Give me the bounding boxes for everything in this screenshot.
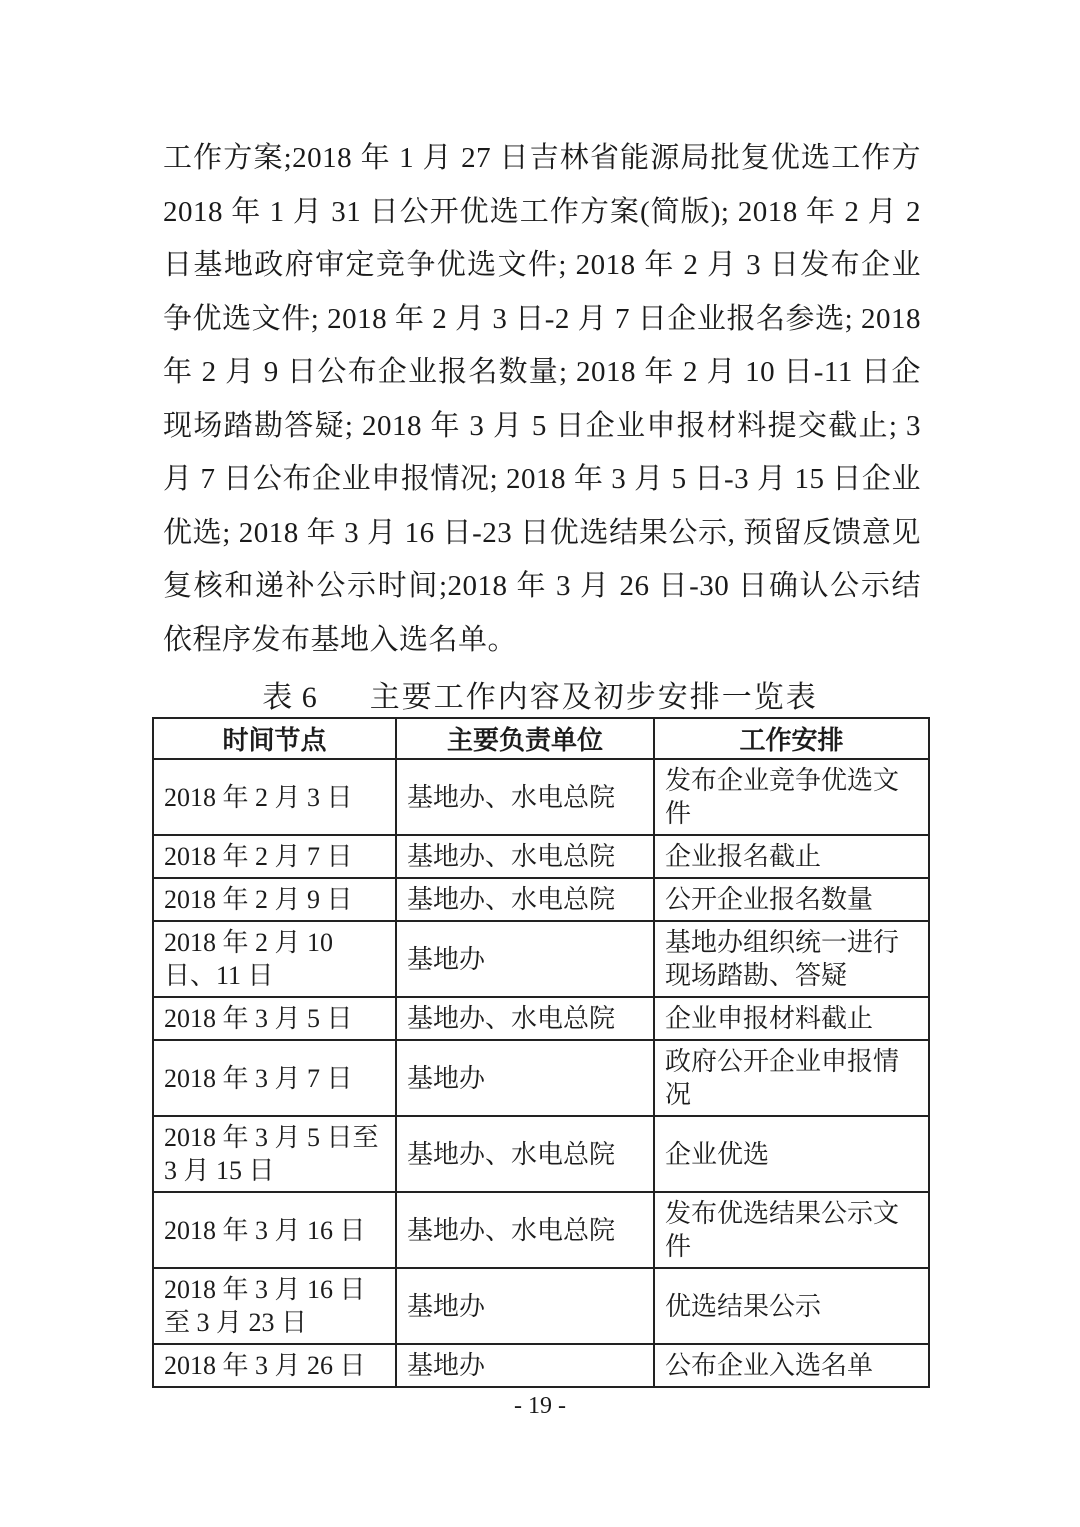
cell-time-node: 2018 年 3 月 5 日至 3 月 15 日 <box>153 1116 396 1192</box>
table-header-work: 工作安排 <box>654 718 929 759</box>
table-row: 2018 年 2 月 10 日、11 日 基地办 基地办组织统一进行现场踏勘、答… <box>153 921 929 997</box>
table-caption-label: 表 6 <box>262 681 318 714</box>
cell-work-arrangement: 基地办组织统一进行现场踏勘、答疑 <box>654 921 929 997</box>
cell-time-node: 2018 年 2 月 7 日 <box>153 835 396 878</box>
cell-work-arrangement: 企业报名截止 <box>654 835 929 878</box>
cell-responsible-unit: 基地办、水电总院 <box>396 835 654 878</box>
paragraph-line: 月 7 日公布企业申报情况; 2018 年 3 月 5 日-3 月 15 日企业 <box>163 453 921 507</box>
paragraph-line: 2018 年 1 月 31 日公开优选工作方案(简版); 2018 年 2 月 … <box>163 186 921 240</box>
table-row: 2018 年 3 月 16 日 基地办、水电总院 发布优选结果公示文件 <box>153 1192 929 1268</box>
paragraph-line: 日基地政府审定竞争优选文件; 2018 年 2 月 3 日发布企业竞 <box>163 239 921 293</box>
cell-work-arrangement: 公开企业报名数量 <box>654 878 929 921</box>
paragraph-line: 优选; 2018 年 3 月 16 日-23 日优选结果公示, 预留反馈意见 <box>163 507 921 561</box>
table-body: 2018 年 2 月 3 日 基地办、水电总院 发布企业竞争优选文件 2018 … <box>153 759 929 1387</box>
table-caption: 表 6主要工作内容及初步安排一览表 <box>152 672 928 716</box>
cell-time-node: 2018 年 2 月 10 日、11 日 <box>153 921 396 997</box>
cell-time-node: 2018 年 3 月 26 日 <box>153 1344 396 1387</box>
cell-time-node: 2018 年 2 月 9 日 <box>153 878 396 921</box>
cell-work-arrangement: 企业优选 <box>654 1116 929 1192</box>
body-paragraph: 工作方案;2018 年 1 月 27 日吉林省能源局批复优选工作方案; 2018… <box>163 132 921 667</box>
table-row: 2018 年 2 月 9 日 基地办、水电总院 公开企业报名数量 <box>153 878 929 921</box>
cell-work-arrangement: 政府公开企业申报情况 <box>654 1040 929 1116</box>
cell-responsible-unit: 基地办 <box>396 1344 654 1387</box>
table-row: 2018 年 3 月 26 日 基地办 公布企业入选名单 <box>153 1344 929 1387</box>
cell-work-arrangement: 公布企业入选名单 <box>654 1344 929 1387</box>
paragraph-line: 争优选文件; 2018 年 2 月 3 日-2 月 7 日企业报名参选; 201… <box>163 293 921 347</box>
table-row: 2018 年 3 月 16 日至 3 月 23 日 基地办 优选结果公示 <box>153 1268 929 1344</box>
schedule-table: 时间节点 主要负责单位 工作安排 2018 年 2 月 3 日 基地办、水电总院… <box>152 717 930 1388</box>
table-header-unit: 主要负责单位 <box>396 718 654 759</box>
paragraph-line: 现场踏勘答疑; 2018 年 3 月 5 日企业申报材料提交截止; 3 <box>163 400 921 454</box>
table-row: 2018 年 3 月 7 日 基地办 政府公开企业申报情况 <box>153 1040 929 1116</box>
table-row: 2018 年 3 月 5 日 基地办、水电总院 企业申报材料截止 <box>153 997 929 1040</box>
cell-responsible-unit: 基地办、水电总院 <box>396 997 654 1040</box>
cell-responsible-unit: 基地办 <box>396 1040 654 1116</box>
cell-work-arrangement: 企业申报材料截止 <box>654 997 929 1040</box>
cell-responsible-unit: 基地办、水电总院 <box>396 1116 654 1192</box>
table-header-row: 时间节点 主要负责单位 工作安排 <box>153 718 929 759</box>
paragraph-line: 年 2 月 9 日公布企业报名数量; 2018 年 2 月 10 日-11 日企… <box>163 346 921 400</box>
cell-time-node: 2018 年 2 月 3 日 <box>153 759 396 835</box>
table-header-time: 时间节点 <box>153 718 396 759</box>
paragraph-line: 工作方案;2018 年 1 月 27 日吉林省能源局批复优选工作方案; <box>163 132 921 186</box>
page-number: - 19 - <box>0 1393 1080 1420</box>
cell-time-node: 2018 年 3 月 16 日至 3 月 23 日 <box>153 1268 396 1344</box>
cell-work-arrangement: 发布优选结果公示文件 <box>654 1192 929 1268</box>
cell-time-node: 2018 年 3 月 5 日 <box>153 997 396 1040</box>
cell-responsible-unit: 基地办、水电总院 <box>396 759 654 835</box>
table-caption-title: 主要工作内容及初步安排一览表 <box>370 681 818 714</box>
cell-responsible-unit: 基地办 <box>396 1268 654 1344</box>
cell-time-node: 2018 年 3 月 7 日 <box>153 1040 396 1116</box>
cell-time-node: 2018 年 3 月 16 日 <box>153 1192 396 1268</box>
paragraph-line: 依程序发布基地入选名单。 <box>163 614 921 668</box>
paragraph-line: 复核和递补公示时间;2018 年 3 月 26 日-30 日确认公示结果, <box>163 560 921 614</box>
table-row: 2018 年 3 月 5 日至 3 月 15 日 基地办、水电总院 企业优选 <box>153 1116 929 1192</box>
cell-work-arrangement: 发布企业竞争优选文件 <box>654 759 929 835</box>
cell-responsible-unit: 基地办 <box>396 921 654 997</box>
table-row: 2018 年 2 月 3 日 基地办、水电总院 发布企业竞争优选文件 <box>153 759 929 835</box>
cell-responsible-unit: 基地办、水电总院 <box>396 878 654 921</box>
cell-work-arrangement: 优选结果公示 <box>654 1268 929 1344</box>
document-page: 工作方案;2018 年 1 月 27 日吉林省能源局批复优选工作方案; 2018… <box>0 0 1080 1527</box>
table-row: 2018 年 2 月 7 日 基地办、水电总院 企业报名截止 <box>153 835 929 878</box>
cell-responsible-unit: 基地办、水电总院 <box>396 1192 654 1268</box>
